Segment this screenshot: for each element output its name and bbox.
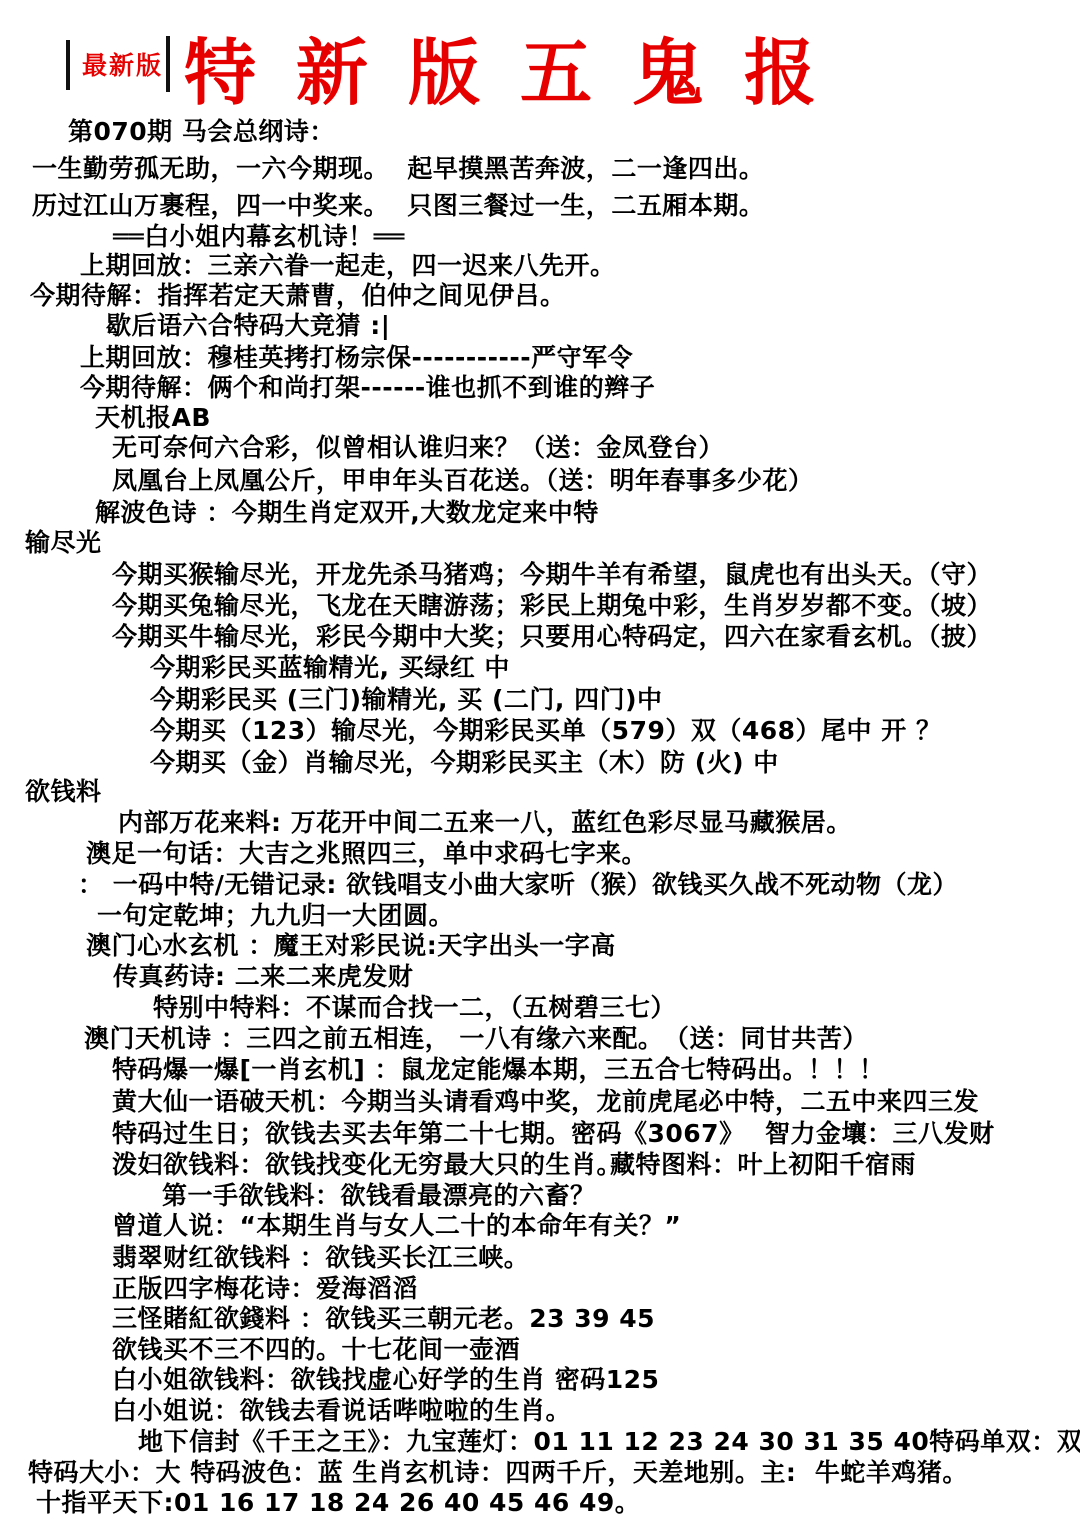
text-line: 今期彩民买蓝输精光, 买绿红 中 [150, 654, 510, 681]
text-line: 今期买（金）肖输尽光，今期彩民买主（木）防 (火) 中 [150, 749, 779, 776]
text-line: 一句定乾坤；九九归一大团圆。 [97, 902, 454, 929]
text-line-segment: 今期买（金）肖输尽光，今期彩民买主（木）防 (火) 中 [150, 748, 779, 777]
text-line-segment: 澳门心水玄机 ：魔王对彩民说:天字出头一字高 [86, 931, 616, 960]
text-line-segment: 三怪賭紅欲錢料 ：欲钱买三朝元老。23 39 45 [112, 1304, 655, 1333]
text-line-segment: ══白小姐内幕玄机诗！══ [113, 222, 405, 251]
text-line: 欲钱买不三不四的。十七花间一壶酒 [112, 1336, 520, 1363]
text-line-segment: 欲钱料 [25, 777, 102, 806]
text-line: 上期回放：穆桂英拷打杨宗保-----------严守军令 [80, 344, 633, 371]
text-line-segment: 今期彩民买 (三门)输精光, 买 (二门, 四门)中 [150, 685, 663, 714]
text-line: 翡翠财红欲钱料 ：欲钱买长江三峡。 [112, 1244, 529, 1271]
text-line-segment: 特码爆一爆[一肖玄机] ：鼠龙定能爆本期，三五合七特码出。！！！ [112, 1055, 885, 1084]
text-line-segment: 特码过生日；欲钱去买去年第二十七期。密码《3067》 [112, 1119, 745, 1148]
text-line: 上期回放：三亲六眷一起走，四一迟来八先开。 [80, 252, 616, 279]
text-line: 白小姐说：欲钱去看说话哔啦啦的生肖。 [112, 1397, 571, 1424]
text-line-segment: 解波色诗 ：今期生肖定双开,大数龙定来中特 [95, 498, 599, 527]
text-line-segment: 歇后语六合特码大竞猜 :| [106, 311, 390, 340]
text-line-segment: 一句定乾坤；九九归一大团圆。 [97, 901, 454, 930]
text-line: 今期买猴输尽光，开龙先杀马猪鸡；今期牛羊有希望，鼠虎也有出头天。（守） [112, 561, 992, 588]
text-line-segment: 藏特图料：叶上初阳千宿雨 [610, 1151, 916, 1178]
text-line: ══白小姐内幕玄机诗！══ [113, 223, 405, 250]
text-line-segment: 正版四字梅花诗：爱海滔滔 [112, 1274, 418, 1303]
text-line: 黄大仙一语破天机：今期当头请看鸡中奖，龙前虎尾必中特，二五中来四三发 [112, 1088, 979, 1115]
text-line: 曾道人说：“本期生肖与女人二十的本命年有关？” [112, 1212, 681, 1239]
text-line: 一生勤劳孤无助，一六今期现。 起早摸黑苦奔波，二一逢四出。 [32, 155, 764, 182]
text-line: 解波色诗 ：今期生肖定双开,大数龙定来中特 [95, 499, 599, 526]
text-line-segment: 历过江山万裹程，四一中奖来。 只图三餐过一生，二五厢本期。 [32, 191, 764, 220]
text-line-segment: 翡翠财红欲钱料 ：欲钱买长江三峡。 [112, 1243, 529, 1272]
text-line-segment: 今期彩民买蓝输精光, 买绿红 中 [150, 653, 510, 682]
text-line-segment: 今期待解：俩个和尚打架------谁也抓不到谁的辫子 [80, 373, 655, 402]
text-line-segment: 天机报AB [95, 403, 211, 432]
text-line: 澳足一句话：大吉之兆照四三，单中求码七字来。 [86, 840, 647, 867]
text-line: 特码大小：大 特码波色：蓝 生肖玄机诗：四两千斤，天差地别。主: 牛蛇羊鸡猪。 [28, 1459, 968, 1486]
text-line: 今期买兔输尽光，飞龙在天瞎游荡；彩民上期兔中彩，生肖岁岁都不变。（坡） [112, 592, 992, 619]
text-line-segment: 输尽光 [25, 528, 102, 557]
text-line: 正版四字梅花诗：爱海滔滔 [112, 1275, 418, 1302]
text-line-segment: 无可奈何六合彩，似曾相认谁归来？（送：金凤登台） [112, 433, 724, 462]
text-line-segment: 今期买猴输尽光，开龙先杀马猪鸡；今期牛羊有希望，鼠虎也有出头天。（守） [112, 560, 992, 589]
text-line-segment: 曾道人说：“本期生肖与女人二十的本命年有关？” [112, 1211, 681, 1240]
text-line: 澳门天机诗 ：三四之前五相连， 一八有缘六来配。 （送：同甘共苦） [84, 1025, 868, 1052]
text-line-segment: 澳门天机诗 ：三四之前五相连， 一八有缘六来配。 （送：同甘共苦） [84, 1024, 868, 1053]
text-line: 凤凰台上凤凰公斤，甲申年头百花送。（送：明年春事多少花） [112, 467, 814, 494]
text-line: ： 一码中特/无错记录: 欲钱唱支小曲大家听（猴）欲钱买久战不死动物（龙） [78, 871, 958, 898]
text-line: 十指平天下:01 16 17 18 24 26 40 45 46 49。 [36, 1489, 640, 1514]
text-line-segment: 今期买（123）输尽光，今期彩民买单（579）双（468）尾中 开 ？ [150, 716, 941, 745]
text-line-segment: 白小姐说：欲钱去看说话哔啦啦的生肖。 [112, 1396, 571, 1425]
text-line: 白小姐欲钱料：欲钱找虚心好学的生肖 密码125 [112, 1366, 659, 1393]
text-line: 特别中特料：不谋而合找一二，（五树碧三七） [153, 994, 676, 1021]
text-line-segment: 泼妇欲钱料：欲钱找变化无穷最大只的生肖。 [112, 1150, 622, 1179]
text-line-segment: 传真药诗: 二来二来虎发财 [113, 962, 413, 991]
text-line: 特码过生日；欲钱去买去年第二十七期。密码《3067》智力金壤：三八发财 [112, 1120, 745, 1147]
text-line: 今期买（123）输尽光，今期彩民买单（579）双（468）尾中 开 ？ [150, 717, 941, 744]
text-line-segment: 内部万花来料: 万花开中间二五来一八，蓝红色彩尽显马藏猴居。 [118, 808, 852, 837]
text-line-segment: 黄大仙一语破天机：今期当头请看鸡中奖，龙前虎尾必中特，二五中来四三发 [112, 1087, 979, 1116]
text-line: 天机报AB [95, 404, 211, 431]
text-line-segment: 特别中特料：不谋而合找一二，（五树碧三七） [153, 993, 676, 1022]
text-line-segment: 一生勤劳孤无助，一六今期现。 起早摸黑苦奔波，二一逢四出。 [32, 154, 764, 183]
text-line: 今期买牛输尽光，彩民今期中大奖；只要用心特码定，四六在家看玄机。（披） [112, 623, 992, 650]
text-line: 三怪賭紅欲錢料 ：欲钱买三朝元老。23 39 45 [112, 1305, 655, 1332]
text-line: 第070期 马会总纲诗： [68, 118, 335, 145]
text-line: 今期待解：指挥若定天萧曹，伯仲之间见伊吕。 [30, 282, 566, 309]
text-line-segment: 今期买兔输尽光，飞龙在天瞎游荡；彩民上期兔中彩，生肖岁岁都不变。（坡） [112, 591, 992, 620]
text-line-segment: 第070期 马会总纲诗： [68, 117, 335, 146]
text-line: 欲钱料 [25, 778, 102, 805]
text-line-segment: ： 一码中特/无错记录: 欲钱唱支小曲大家听（猴）欲钱买久战不死动物（龙） [78, 870, 958, 899]
text-line: 澳门心水玄机 ：魔王对彩民说:天字出头一字高 [86, 932, 616, 959]
text-line-segment: 澳足一句话：大吉之兆照四三，单中求码七字来。 [86, 839, 647, 868]
text-line: 历过江山万裹程，四一中奖来。 只图三餐过一生，二五厢本期。 [32, 192, 764, 219]
text-line-segment: 上期回放：穆桂英拷打杨宗保-----------严守军令 [80, 343, 633, 372]
text-line-segment: 今期买牛输尽光，彩民今期中大奖；只要用心特码定，四六在家看玄机。（披） [112, 622, 992, 651]
text-line: 歇后语六合特码大竞猜 :| [106, 312, 390, 339]
text-line-segment: 今期待解：指挥若定天萧曹，伯仲之间见伊吕。 [30, 281, 566, 310]
text-line: 地下信封《千王之王》：九宝莲灯：01 11 12 23 24 30 31 35 … [138, 1428, 1080, 1455]
text-line-segment: 地下信封《千王之王》：九宝莲灯：01 11 12 23 24 30 31 35 … [138, 1427, 1080, 1456]
text-line-segment: 凤凰台上凤凰公斤，甲申年头百花送。（送：明年春事多少花） [112, 466, 814, 495]
text-line: 特码爆一爆[一肖玄机] ：鼠龙定能爆本期，三五合七特码出。！！！ [112, 1056, 885, 1083]
text-line-segment: 欲钱买不三不四的。十七花间一壶酒 [112, 1335, 520, 1364]
text-line: 无可奈何六合彩，似曾相认谁归来？（送：金凤登台） [112, 434, 724, 461]
text-line: 输尽光 [25, 529, 102, 556]
text-line-segment: 十指平天下:01 16 17 18 24 26 40 45 46 49。 [36, 1488, 640, 1514]
text-line-segment: 特码大小：大 特码波色：蓝 生肖玄机诗：四两千斤，天差地别。主: 牛蛇羊鸡猪。 [28, 1458, 968, 1487]
text-line: 今期彩民买 (三门)输精光, 买 (二门, 四门)中 [150, 686, 663, 713]
text-line-segment: 智力金壤：三八发财 [765, 1120, 995, 1147]
text-line-segment: 第一手欲钱料：欲钱看最漂亮的六畜？ [162, 1181, 596, 1210]
text-line: 内部万花来料: 万花开中间二五来一八，蓝红色彩尽显马藏猴居。 [118, 809, 852, 836]
text-line: 传真药诗: 二来二来虎发财 [113, 963, 413, 990]
text-line-segment: 上期回放：三亲六眷一起走，四一迟来八先开。 [80, 251, 616, 280]
text-line: 今期待解：俩个和尚打架------谁也抓不到谁的辫子 [80, 374, 655, 401]
text-lines: 第070期 马会总纲诗：一生勤劳孤无助，一六今期现。 起早摸黑苦奔波，二一逢四出… [0, 0, 1080, 1514]
document-page: 最新版 特新版五鬼报 第070期 马会总纲诗：一生勤劳孤无助，一六今期现。 起早… [0, 0, 1080, 1514]
text-line-segment: 白小姐欲钱料：欲钱找虚心好学的生肖 密码125 [112, 1365, 659, 1394]
text-line: 第一手欲钱料：欲钱看最漂亮的六畜？ [162, 1182, 596, 1209]
text-line: 泼妇欲钱料：欲钱找变化无穷最大只的生肖。藏特图料：叶上初阳千宿雨 [112, 1151, 622, 1178]
